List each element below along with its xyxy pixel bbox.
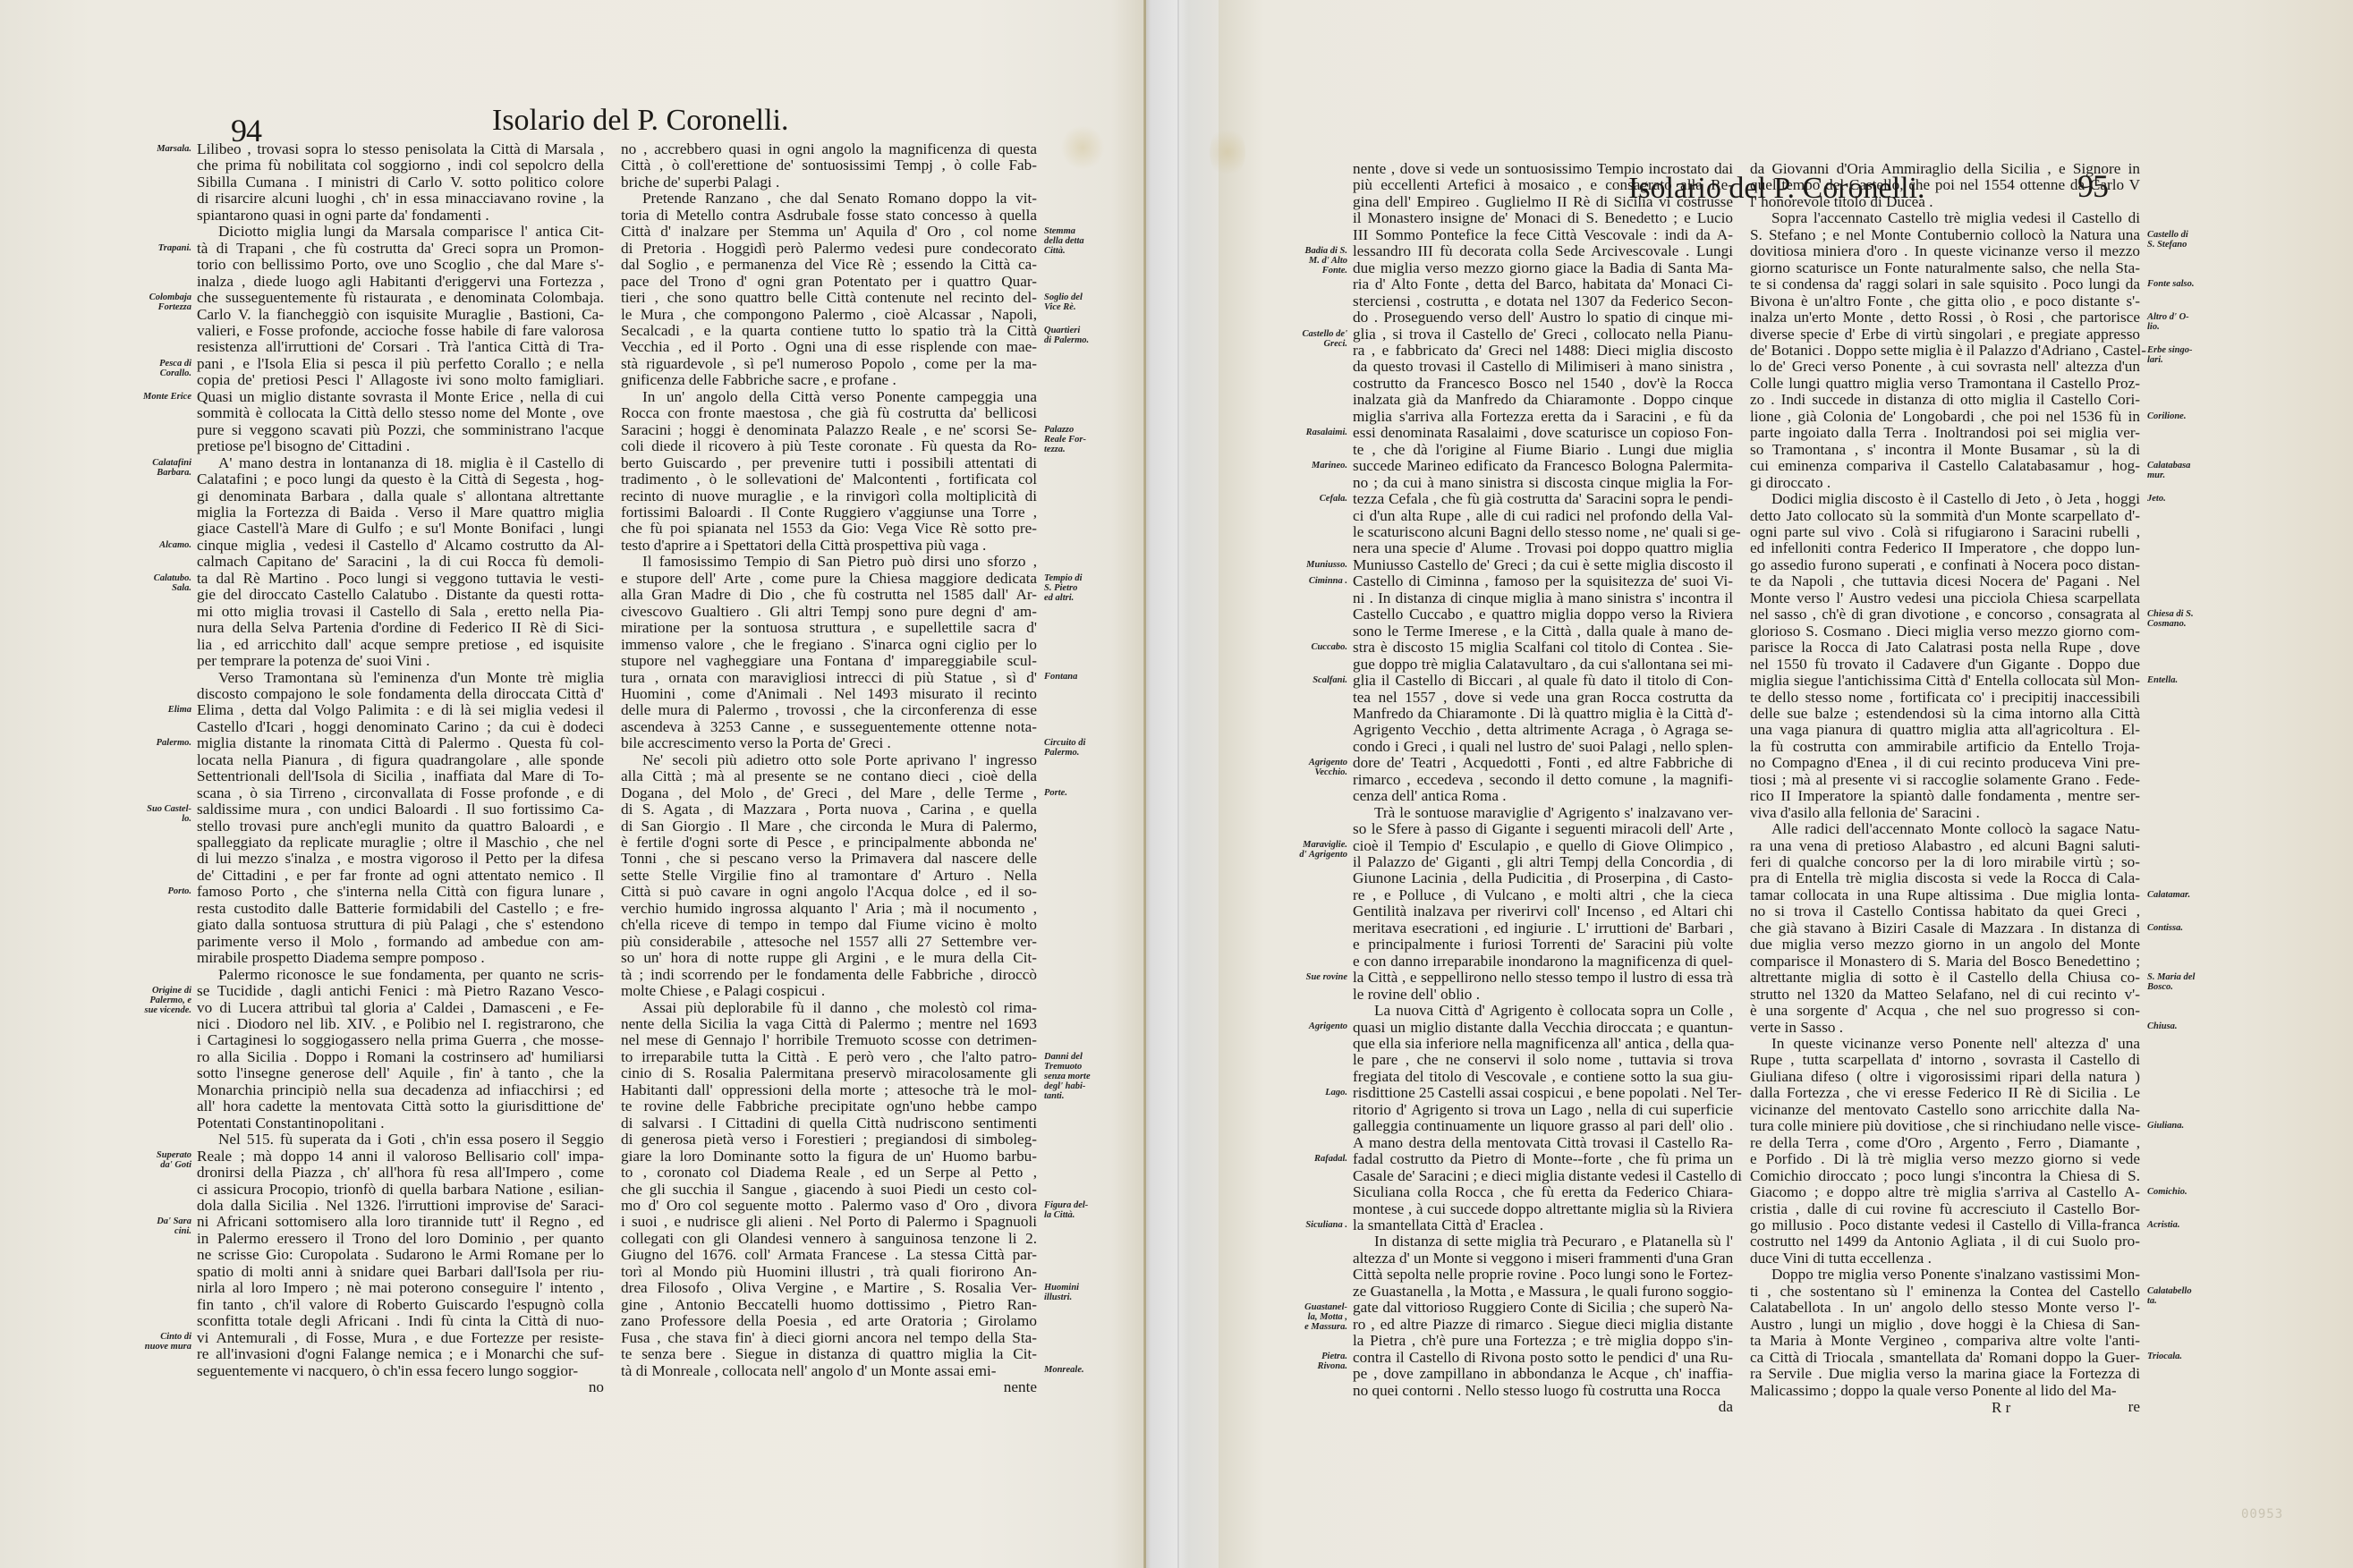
text-line: una vaga pianura di quattro miglia atta … [1750, 722, 2140, 738]
text-line: lione , già Colonia de' Longobardi , che… [1750, 409, 2140, 425]
margin-note: Agrigento [1309, 1021, 1347, 1031]
text-line: Assai più deplorabile fù il danno , che … [621, 1000, 1037, 1016]
text-line: che già stavano à Biziri Casale di Mazza… [1750, 920, 2140, 937]
left-page-column-1: Lilibeo , trovasi sopra lo stesso peniso… [197, 141, 604, 1395]
text-line: quel tempo del Castello, che poi nel 155… [1750, 177, 2140, 193]
margin-note: Monreale. [1044, 1365, 1084, 1375]
text-line: Diciotto miglia lungi da Marsala compari… [197, 224, 604, 240]
text-line: ed infelloniti contra Federico II Impera… [1750, 540, 2140, 556]
margin-note: Giuliana. [2147, 1121, 2184, 1131]
text-line: giorno scaturisce un Fonte naturalmente … [1750, 260, 2140, 276]
text-line: da questo trovasi il Castello di Milimis… [1353, 359, 1733, 375]
text-line: di risarcire alcuni luoghi , ch' in essa… [197, 191, 604, 207]
text-line: nel sasso , ch'è di gran divotione , e c… [1750, 606, 2140, 623]
text-line: verchio humido ingrossa alquanto l' Aria… [621, 901, 1037, 917]
text-line: resistenza all'irruttioni de' Corsari . … [197, 339, 604, 355]
text-line: III Sommo Pontefice la fece Città Vescov… [1353, 227, 1733, 243]
text-line: te da Napoli , che tuttavia dicesi Nocer… [1750, 573, 2140, 589]
margin-note: Soglio del Vice Rè. [1044, 292, 1083, 312]
text-line: nente , dove si vede un sontuosissimo Te… [1353, 161, 1733, 177]
text-line: zo . Indi succede in distanza di otto mi… [1750, 392, 2140, 408]
text-line: ra una vena di pretioso Alabastro , ed a… [1750, 838, 2140, 854]
text-line: re all'invasioni d'ogni Falange nemica ;… [197, 1346, 604, 1362]
text-line: miglia la Fortezza di Baida . Verso il M… [197, 504, 604, 521]
text-line: tezza Cefala , che fù già costrutta da' … [1353, 491, 1733, 507]
text-line: costrutto nel 1499 da Antonio Agliata , … [1750, 1233, 2140, 1250]
margin-note: Danni del Tremuoto senza morte degl' hab… [1044, 1052, 1091, 1101]
text-line: cristia , dalle di cui rovine fù accresc… [1750, 1201, 2140, 1217]
text-line: succede Marineo edificato da Francesco B… [1353, 458, 1733, 474]
text-line: gie del diroccato Castello Calatubo . Di… [197, 587, 604, 603]
text-line: Carlo V. la fiancheggiò con isquisite Mu… [197, 307, 604, 323]
text-line: risdittione 25 Castelli assai cospicui ,… [1353, 1085, 1733, 1101]
text-line: recinto di nuove muraglie , e la rinvigo… [621, 488, 1037, 504]
text-line: se Tucidide , dagli antichi Fenici : mà … [197, 983, 604, 999]
right-page-column-2: da Giovanni d'Oria Ammiraglio della Sici… [1750, 161, 2140, 1415]
text-line: dalla Fortezza , che vi eresse Federico … [1750, 1085, 2140, 1101]
text-line: che prima fù nobilitata col soggiorno , … [197, 157, 604, 174]
margin-note: Calatamar. [2147, 890, 2190, 900]
text-line: parimente verso il Molo , formando ad am… [197, 934, 604, 950]
text-line: to , coronato col Diadema Reale , ed un … [621, 1165, 1037, 1181]
text-line: tura , ornata con maravigliosi intrecci … [621, 670, 1037, 686]
text-line: parisce la Rocca di Jato Calatrasi posta… [1750, 640, 2140, 656]
text-line: Sibilla Cumana . I ministri di Carlo V. … [197, 174, 604, 191]
text-line: Castello di Ciminna , famoso per la squi… [1353, 573, 1733, 589]
text-line: pure si veggono scavati più Pozzi, che s… [197, 422, 604, 438]
text-line: Potentati Constantinopolitani . [197, 1115, 604, 1132]
text-line: nirla al loro Impero ; nè mai poterono c… [197, 1280, 604, 1296]
text-line: go millusio . Poco distante vedesi il Ca… [1750, 1217, 2140, 1233]
text-line: di lui mezzo s'inalza , e mostra vigoros… [197, 851, 604, 867]
text-line: Austro , lungi un miglio , dove hoggi è … [1750, 1317, 2140, 1333]
text-line: cinio di S. Rosalia Palermitana preservò… [621, 1065, 1037, 1081]
text-line: miglia s'arriva alla Fortezza eretta da … [1353, 409, 1733, 425]
margin-note: Rafadal. [1314, 1154, 1347, 1164]
text-line: spalleggiato da replicate muraglie ; olt… [197, 835, 604, 851]
text-line: pace del Trono d' ogni gran Potentato pe… [621, 274, 1037, 290]
book-spread: 94 Isolario del P. Coronelli. Isolario d… [0, 0, 2353, 1568]
text-line: Agrigento Vecchio , detta altrimente Acr… [1353, 722, 1733, 738]
text-line: bile accrescimento verso la Porta de' Gr… [621, 735, 1037, 751]
text-line: le Mura , che compongono Palermo , cioè … [621, 307, 1037, 323]
text-line: molte Chiese , e Palagi cospicui . [621, 983, 1037, 999]
text-line: dore de' Teatri , Acquedotti , Fonti , e… [1353, 755, 1733, 771]
text-line: quasi un miglio distante dalla Vecchia d… [1353, 1020, 1733, 1036]
margin-note: Cinto di nuove mura [145, 1332, 191, 1352]
margin-note: Maraviglie. d' Agrigento [1299, 840, 1347, 860]
text-line: ascendeva à 3253 Canne , e susseguenteme… [621, 719, 1037, 735]
margin-note: Superato da' Goti [157, 1150, 191, 1170]
text-line: nici . Diodoro nel lib. XIV. , e Polibio… [197, 1016, 604, 1032]
text-line: Comichio diroccato ; poco lungi s'incont… [1750, 1168, 2140, 1184]
margin-note: Trapani. [158, 243, 191, 253]
text-line: tieri , che sono quattro belle Città con… [621, 290, 1037, 306]
text-line: contra il Castello di Rivona posto sotto… [1353, 1350, 1733, 1366]
text-line: pe , dove zampillano in abbondanza le Ac… [1353, 1366, 1733, 1382]
text-line: te senza bere . Siegue in distanza di qu… [621, 1346, 1037, 1362]
margin-note: Jeto. [2147, 494, 2166, 504]
text-line: drea Filosofo , Oliva Vergine , e Martir… [621, 1280, 1037, 1296]
text-line: Sopra l'accennato Castello trè miglia ve… [1750, 210, 2140, 226]
text-line: no , accrebbero quasi in ogni angolo la … [621, 141, 1037, 157]
text-line: giace Castell'à Mare di Gulfo ; e su'l M… [197, 521, 604, 537]
text-line: discosto compajono le sole fondamenta de… [197, 686, 604, 702]
text-line: coli diede il ricovero à più Teste coron… [621, 438, 1037, 454]
text-line: Il famosissimo Tempio di San Pietro può … [621, 554, 1037, 570]
text-line: locata nella Pianura , di figura quadran… [197, 752, 604, 768]
text-line: cinque miglia , vedesi il Castello d' Al… [197, 538, 604, 554]
margin-note: Calatafini Barbara. [152, 458, 191, 478]
text-line: verte in Sasso . [1750, 1020, 2140, 1036]
text-line: A' mano destra in lontananza di 18. migl… [197, 455, 604, 471]
text-line: Castello Cuccabo , e quattro miglia dopp… [1353, 606, 1733, 623]
text-line: ta Maria à Monte Vergineo , compariva al… [1750, 1333, 2140, 1349]
margin-note: Pesca di Corallo. [159, 359, 191, 378]
text-line: Monte verso l' Austro vedesi una picciol… [1750, 590, 2140, 606]
text-line: re della Terra , come d'Oro , Argento , … [1750, 1135, 2140, 1151]
text-line: è fertile d'ogni sorte di Pesce , e prin… [621, 835, 1037, 851]
text-line: calmach Capitano de' Saracini , la di cu… [197, 554, 604, 570]
text-line: gnificenza delle Fabbriche sacre , e pro… [621, 372, 1037, 388]
text-line: Lilibeo , trovasi sopra lo stesso peniso… [197, 141, 604, 157]
margin-note: Triocala. [2147, 1352, 2182, 1361]
text-line: glia , si trova il Castello de' Greci , … [1353, 326, 1733, 343]
text-line: Monarchia principiò nella sua decadenza … [197, 1082, 604, 1098]
text-line: Bivona è un'altro Fonte , che gitta olio… [1750, 293, 2140, 309]
text-line: da Giovanni d'Oria Ammiraglio della Sici… [1750, 161, 2140, 177]
text-line: In distanza di sette miglia trà Pecuraro… [1353, 1233, 1733, 1250]
text-line: In queste vicinanze verso Ponente nell' … [1750, 1036, 2140, 1052]
text-line: miratione per la sontuosa struttura , e … [621, 620, 1037, 636]
margin-note: Chiusa. [2147, 1021, 2178, 1031]
text-line: la Città , e seppellirono nello stesso t… [1353, 970, 1733, 986]
text-line: Verso Tramontana sù l'eminenza d'un Mont… [197, 670, 604, 686]
margin-note: Quartieri di Palermo. [1044, 326, 1089, 345]
text-line: vicinanze del mentovato Castello sono ar… [1750, 1102, 2140, 1118]
margin-note: Castello de' Greci. [1303, 329, 1347, 349]
text-line: berto Guiscardo , per prevenire tutti i … [621, 455, 1037, 471]
text-line: e Porfido . Di là trè miglia verso mezzo… [1750, 1151, 2140, 1167]
text-line: Ne' secoli più adietro otto sole Porte a… [621, 752, 1037, 768]
text-line: cui eminenza compariva il Castello Calat… [1750, 458, 2140, 474]
text-line: viva d'asilo alla fellonia de' Saracini … [1750, 805, 2140, 821]
text-line: te si condensa da' raggi solari in sale … [1750, 276, 2140, 292]
text-line: sommità è collocata la Città dello stess… [197, 405, 604, 421]
text-line: fortissimi Baloardi . Il Conte Ruggiero … [621, 504, 1037, 521]
library-stamp: 00953 [2241, 1507, 2283, 1521]
margin-note: Fontana [1044, 672, 1077, 682]
catchword: no [197, 1379, 604, 1395]
text-line: altrettante miglia di sotto è il Castell… [1750, 970, 2140, 986]
text-line: di generosa pietà verso i Forestieri ; p… [621, 1132, 1037, 1148]
text-line: famoso Porto , che s'interna nella Città… [197, 884, 604, 900]
text-line: giare la loro Dominante sotto la figura … [621, 1148, 1037, 1165]
text-line: Habitanti dall' oppressioni della morte … [621, 1082, 1037, 1098]
text-line: i Cartaginesi lo soggiogassero nella pri… [197, 1032, 604, 1048]
margin-note: Calatubo. Sala. [154, 573, 191, 593]
text-line: Secalcadi , e la quarta contiene tutto l… [621, 323, 1037, 339]
text-line: sconfitta totale degli Africani . Indi f… [197, 1313, 604, 1329]
text-line: ria d' Alto Fonte , detta del Barco, hab… [1353, 276, 1733, 292]
text-line: de' Botanici . Doppo sette miglia è il P… [1750, 343, 2140, 359]
text-line: Pretende Ranzano , che dal Senato Romano… [621, 191, 1037, 207]
text-line: de' Cittadini , e per far fronte ad ogni… [197, 868, 604, 884]
text-line: scana , ò sia Tirreno , circonvallata di… [197, 785, 604, 801]
margin-note: Fonte salso. [2147, 279, 2195, 289]
text-line: due miglia verso mezzo giorno in un ango… [1750, 937, 2140, 953]
margin-note: Cuccabo. [1311, 642, 1347, 652]
margin-note: Alcamo. [159, 540, 191, 550]
text-line: copia de' pretiosi Pesci l' Allagoste iv… [197, 372, 604, 388]
text-line: sono le Terme Imerese , e la Città , dal… [1353, 623, 1733, 640]
margin-note: Figura del- la Città. [1044, 1200, 1088, 1220]
text-line: Calatafini ; e poco lungi da questo è la… [197, 471, 604, 487]
margin-note: Agrigento Vecchio. [1309, 758, 1347, 777]
text-line: so le Sfere à passo di Gigante i seguent… [1353, 821, 1733, 837]
text-line: ra Servile . Due miglia verso la marina … [1750, 1366, 2140, 1382]
text-line: ti , che sostentano sù l' eminenza la Co… [1750, 1284, 2140, 1300]
margin-note: Porte. [1044, 788, 1067, 798]
text-line: cioè il Tempio d' Esculapio , e quello d… [1353, 838, 1733, 854]
text-line: i suoi , e nudrisce gli alieni . Nel Por… [621, 1214, 1037, 1230]
text-line: sette Stelle Virgilie fino al tramontare… [621, 868, 1037, 884]
right-page-column-1: nente , dove si vede un sontuosissimo Te… [1353, 161, 1733, 1415]
text-line: nera una specie d' Alume . Trovasi poi d… [1353, 540, 1733, 556]
text-line: feri di qualche concorso per la di loro … [1750, 854, 2140, 870]
text-line: Gentilità inalzava per riverirvi coll' I… [1353, 903, 1733, 920]
text-line: gate dal vittorioso Ruggiero Conte di Si… [1353, 1300, 1733, 1316]
margin-note: S. Maria del Bosco. [2147, 972, 2195, 992]
text-line: ci d'un alta Rupe , alle di cui radici n… [1353, 508, 1733, 524]
text-line: che fù poi spianata nel 1553 da Gio: Veg… [621, 521, 1037, 537]
margin-note: Corilione. [2147, 411, 2186, 421]
text-line: briche de' superbi Palagi . [621, 174, 1037, 191]
text-line: più eccellenti Artefici à mosaico , e co… [1353, 177, 1733, 193]
text-line: le rovine dell' oblio . [1353, 987, 1733, 1003]
margin-note: Scalfani. [1312, 675, 1347, 685]
text-line: Huomini , come d'Animali . Nel 1493 misu… [621, 686, 1037, 702]
text-line: Castello d'Icari , hoggi denominato Cari… [197, 719, 604, 735]
text-line: ci assicura Procopio, trionfò di quella … [197, 1182, 604, 1198]
running-title: Isolario del P. Coronelli. [492, 106, 788, 136]
text-line: alla Città ; mà al presente se ne contan… [621, 768, 1037, 784]
text-line: nel 1550 fù trovato il Cadavere d'un Gig… [1750, 657, 2140, 673]
text-line: per temprare la potenza de' suoi Vini . [197, 653, 604, 669]
text-line: miglia siegue l'antichissima Città d' En… [1750, 673, 2140, 689]
text-line: no quei contorni . Nello stesso luogo fù… [1353, 1383, 1733, 1399]
margin-note: Chiesa di S. Cosmano. [2147, 609, 2194, 629]
text-line: Alle radici dell'accennato Monte collocò… [1750, 821, 2140, 837]
text-line: stello trovasi pure anch'egli munito da … [197, 818, 604, 835]
text-line: dola dalla Sicilia . Nel 1326. l'irrutti… [197, 1198, 604, 1214]
margin-note: Pietra. Rivona. [1317, 1352, 1347, 1371]
text-line: mi otto miglia trovasi il Castello di Sa… [197, 604, 604, 620]
text-line: to irreparabile tutta la Città . E però … [621, 1049, 1037, 1065]
text-line: miglia distante la rinomata Città di Pal… [197, 735, 604, 751]
text-line: pra di Entella trè miglia discosta si ve… [1750, 870, 2140, 886]
margin-note: Comichio. [2147, 1187, 2187, 1197]
text-line: ro alla Sicilia . Doppo i Romani la cost… [197, 1049, 604, 1065]
margin-note: Guastanel- la, Motta , e Massura. [1304, 1302, 1347, 1332]
text-line: A mano destra della mentovata Città trov… [1353, 1135, 1733, 1151]
margin-note: Entella. [2147, 675, 2178, 685]
text-line: spatio di molti anni à snidare quei Barb… [197, 1264, 604, 1280]
text-line: Reale ; mà doppo 14 anni il valoroso Bel… [197, 1148, 604, 1165]
margin-note: Monte Erice [143, 392, 191, 402]
text-line: gi denominata Barbara , dalla quale s' a… [197, 488, 604, 504]
text-line: due miglia verso mezzo giorno giace la B… [1353, 260, 1733, 276]
text-line: sotto l'insegne generose dell' Aquile , … [197, 1065, 604, 1081]
margin-note: Lago. [1325, 1088, 1347, 1098]
text-line: il Palazzo de' Giganti , gli altri Tempj… [1353, 854, 1733, 870]
text-line: no si trova il Castello Contissa habitat… [1750, 903, 2140, 920]
text-line: gina dell' Empireo . Guglielmo II Rè di … [1353, 194, 1733, 210]
margin-note: Porto. [167, 886, 191, 896]
text-line: torio con bellissimo Porto, ove uno Scog… [197, 257, 604, 273]
text-line: vo di Lucera attribuì tal gloria a' Cald… [197, 1000, 604, 1016]
text-line: Dogana , del Molo , de' Greci , del Mare… [621, 785, 1037, 801]
text-line: resta custodito dalle Batterie formidabi… [197, 901, 604, 917]
text-line: te rovine delle Fabbriche precipitate og… [621, 1098, 1037, 1115]
text-line: tura colle miniere più dovitiose , che s… [1750, 1118, 2140, 1134]
text-line: glorioso S. Cosmano . Dieci miglia verso… [1750, 623, 2140, 640]
text-line: vi Antemurali , di Fosse, Mura , e due F… [197, 1330, 604, 1346]
margin-note: Badia di S. M. d' Alto Fonte. [1304, 246, 1347, 275]
text-line: tiosi ; mà al presente vi si raccoglie s… [1750, 772, 2140, 788]
text-line: di S. Agata , di Mazzara , Porta nuova ,… [621, 801, 1037, 818]
text-line: diverse specie d' Erbe di virtù singolar… [1750, 326, 2140, 343]
text-line: che gli succhia il Sangue , giacendo à s… [621, 1182, 1037, 1198]
text-line: do . Proseguendo verso dell' Austro lo s… [1353, 309, 1733, 326]
text-line: fadal costrutto da Pietro di Monte--fort… [1353, 1151, 1733, 1167]
text-line: rimarco , eccedeva , secondo il detto co… [1353, 772, 1733, 788]
text-line: immenso valore , che le fregiano . S'ina… [621, 637, 1037, 653]
text-line: Trà le sontuose maraviglie d' Agrigento … [1353, 805, 1733, 821]
text-line: no ; da cui à mano sinistra si discosta … [1353, 475, 1733, 491]
signature-mark: R r [1992, 1399, 2010, 1417]
text-line: comparisce il Monastero di S. Maria del … [1750, 954, 2140, 970]
text-line: no Compagno d'Enea , il di cui recinto p… [1750, 755, 2140, 771]
text-line: Rupe , tutta scarpellata d' intorno , so… [1750, 1052, 2140, 1068]
text-line: di Pretoria . Hoggidì però Palermo vedes… [621, 241, 1037, 257]
text-line: all' hora cadette la mentovata Città sot… [197, 1098, 604, 1115]
text-line: fin tanto , ch'il valore di Roberto Guis… [197, 1297, 604, 1313]
text-line: nente della Sicilia la vaga Città di Pal… [621, 1016, 1037, 1032]
text-line: sterciensi , costrutta , e dotata nel 13… [1353, 293, 1733, 309]
text-line: essi denominata Rasalaimi , dove scaturi… [1353, 425, 1733, 441]
text-line: strutto nel 1320 da Matteo Selafano, nel… [1750, 987, 2140, 1003]
book-gutter [1143, 0, 1219, 1568]
text-line: ra , e fabbricato da' Greci nel 1488: Di… [1353, 343, 1733, 359]
text-line: inalzata già da Manfredo da Chiaramonte … [1353, 392, 1733, 408]
text-line: stra è discosto 15 miglia Scalfani col t… [1353, 640, 1733, 656]
text-line: parte ingoiato dalla Terra . Inoltrandos… [1750, 425, 2140, 441]
text-line: la fù costrutta con ammirabile artificio… [1750, 739, 2140, 755]
margin-note: Muniusso. [1306, 560, 1347, 570]
text-line: nel mese di Gennajo l' horribile Tremuot… [621, 1032, 1037, 1048]
text-line: ro , ed altre Piazze di rimarco . Siegue… [1353, 1317, 1733, 1333]
text-line: Città si può cavare in ogni angolo l'Acq… [621, 884, 1037, 900]
margin-note: Palermo. [157, 738, 191, 748]
text-line: Casale de' Saracini ; e dieci miglia dis… [1353, 1168, 1733, 1184]
text-line: galleggia continuamente un liquore grass… [1353, 1118, 1733, 1134]
text-line: altezza d' un Monte si veggono i miseri … [1353, 1250, 1733, 1267]
text-line: la Pietra , ch'è pure una Fortezza ; e t… [1353, 1333, 1733, 1349]
text-line: nura della Selva Partenia d'ordine di Fe… [197, 620, 604, 636]
text-line: di San Giorgio . Il Mare , che circonda … [621, 818, 1037, 835]
text-line: condo i Greci , i quali nel lustro de' s… [1353, 739, 1733, 755]
margin-note: Altro d' O- lio. [2147, 312, 2189, 332]
catchword: da [1353, 1399, 1733, 1415]
text-line: In un' angolo della Città verso Ponente … [621, 389, 1037, 405]
margin-note: Colombaja Fortezza [149, 292, 191, 312]
text-line: re , e Polluce , di Vulcano , e molti al… [1353, 887, 1733, 903]
text-line: è una sorgente d' Acqua , che nel suo pr… [1750, 1003, 2140, 1019]
text-line: alla Gran Madre di Dio , che fù costrutt… [621, 587, 1037, 603]
text-line: ta dal Rè Martino . Poco lungi si veggon… [197, 571, 604, 587]
text-line: stà riguardevole , sì pe'l numeroso Popo… [621, 356, 1037, 372]
margin-note: Huomini illustri. [1044, 1283, 1079, 1302]
text-line: Rocca con fronte maestosa , che già fù c… [621, 405, 1037, 421]
margin-note: Stemma della detta Città. [1044, 226, 1084, 256]
text-line: cenza dell' antica Roma . [1353, 788, 1733, 804]
text-line: go assedio furono superati , e confinati… [1750, 557, 2140, 573]
text-line: Siculiana colla Rocca , che fù eretta da… [1353, 1184, 1733, 1200]
margin-note: Sue rovine [1306, 972, 1347, 982]
text-line: tà ; indi scorrendo per le fondamenta de… [621, 967, 1037, 983]
text-line: che susseguentemente fù ristaurata , e d… [197, 290, 604, 306]
text-line: le scaturiscono alcuni Bagni dello stess… [1353, 524, 1733, 540]
text-line: Giuliana difeso ( oltre i vigorosissimi … [1750, 1069, 2140, 1085]
text-line: valieri, e Fosse profonde, accioche foss… [197, 323, 604, 339]
text-line: Settentrionali dell'Isola di Sicilia , i… [197, 768, 604, 784]
catchword: re [1750, 1399, 2140, 1415]
text-line: ne scrisse Gio: Curopolata . Sudarono le… [197, 1247, 604, 1263]
text-line: pani , e l'Isola Elia si pesca il più pe… [197, 356, 604, 372]
text-line: e con danno irreparabile inondarono la m… [1353, 954, 1733, 970]
text-line: costrutto da Francesco Bosco nel 1540 , … [1353, 376, 1733, 392]
text-line: te dello stesso nome , fortificata co' i… [1750, 690, 2140, 706]
margin-note: Marsala. [157, 144, 191, 154]
text-line: stupore nel vagheggiare una Fontana d' i… [621, 653, 1037, 669]
text-line: dovitiosa miniera d'oro . In queste vici… [1750, 243, 2140, 259]
text-line: Manfredo da Chiaramonte . Di là quattro … [1353, 706, 1733, 722]
text-line: ch'ella riceve di tempo in tempo dal Fiu… [621, 917, 1037, 933]
margin-note: Elima [168, 705, 191, 715]
text-line: ogni parte sul vivo . Colà si rifugiaron… [1750, 524, 2140, 540]
text-line: lo de' Greci verso Ponente , à cui sovra… [1750, 359, 2140, 375]
text-line: gi diroccato . [1750, 475, 2140, 491]
text-line: inalza , diede luogo agli Habitanti d'er… [197, 274, 604, 290]
margin-note: Circuito di Palermo. [1044, 738, 1085, 758]
margin-note: Ciminna . [1309, 576, 1347, 586]
text-line: Vecchia , ed il Porto . Ogni una di esse… [621, 339, 1037, 355]
text-line: Saracini ; hoggi è denominata Palazzo Re… [621, 422, 1037, 438]
text-line: e stupore dell' Arte , come pure la Chie… [621, 571, 1037, 587]
text-line: Città sepolta nelle proprie rovine . Poc… [1353, 1267, 1733, 1283]
text-line: montese , à cui succede doppo altrettant… [1353, 1201, 1733, 1217]
text-line: collegati con gli Olandesi vennero à san… [621, 1231, 1037, 1247]
text-line: mirabile prospetto Diadema sempre pompos… [197, 950, 604, 966]
margin-note: Rasalaimi. [1306, 428, 1347, 437]
margin-note: Siculiana . [1305, 1220, 1347, 1230]
text-line: lessandro III fù decorata colla Sede Arc… [1353, 243, 1733, 259]
text-line: delle mura di Palermo , trovossi , che l… [621, 702, 1037, 718]
text-line: Tonni , che si pescano verso la Primaver… [621, 851, 1037, 867]
text-line: Muniusso Castello de' Greci ; da cui è s… [1353, 557, 1733, 573]
text-line: duce Vini di tutta eccellenza . [1750, 1250, 2140, 1267]
